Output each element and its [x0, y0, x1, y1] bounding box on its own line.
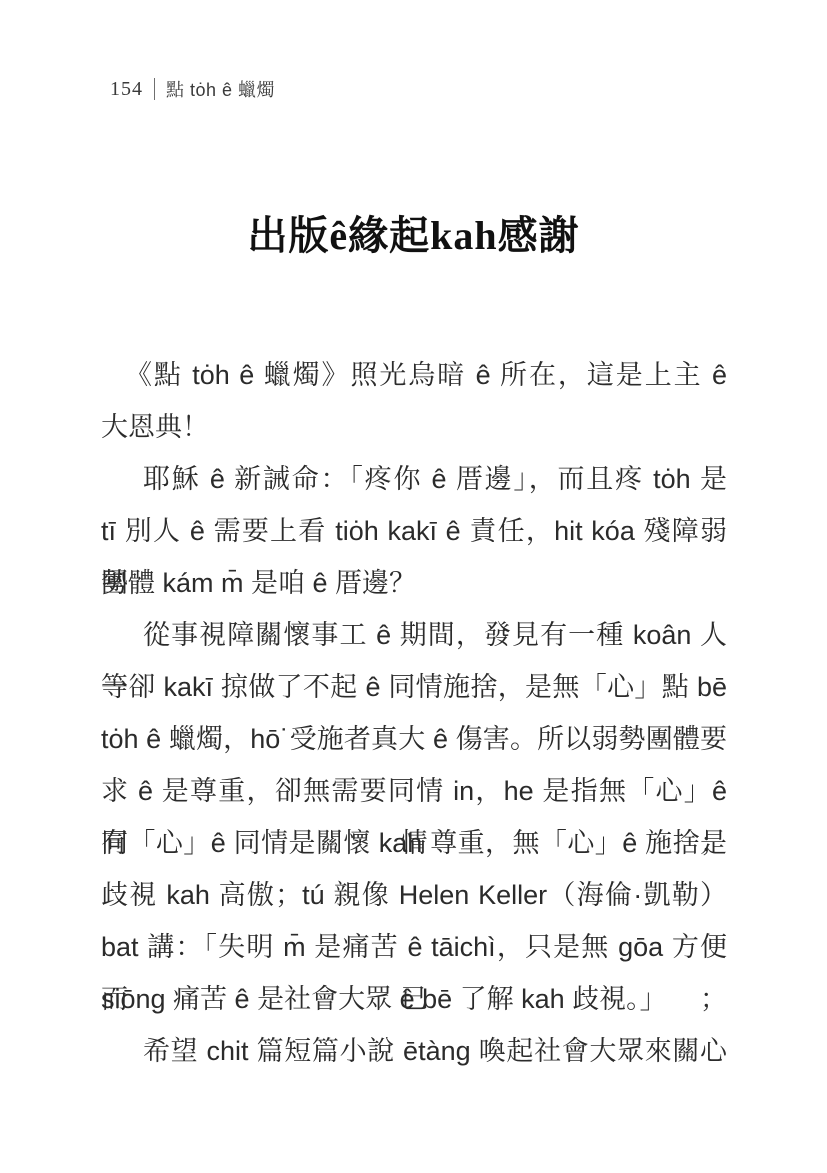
text-line: 《點 tȯh ê 蠟燭》照光烏暗 ê 所在，這是上主 ê [101, 349, 727, 401]
text-line: 有「心」ê 同情是關懷 kah 尊重，無「心」ê 施捨是 [101, 817, 727, 869]
text-line: 希望 chit 篇短篇小說 ētàng 喚起社會大眾來關心 [101, 1025, 727, 1077]
text-line: siōng 痛苦 ê 是社會大眾 ê bē 了解 kah 歧視。」 [101, 973, 727, 1025]
chapter-title: 出版ê緣起kah感謝 [0, 210, 827, 262]
text-line: 求 ê 是尊重，卻無需要同情 in，he 是指無「心」ê 同情； [101, 765, 727, 817]
page-header: 154 點 tȯh ê 蠟燭 [110, 76, 275, 102]
text-line: 大恩典！ [101, 401, 727, 453]
text-line: 從事視障關懷事工 ê 期間，發見有一種 koân 人一 [101, 609, 727, 661]
text-line: 歧視 kah 高傲；tú 親像 Helen Keller（海倫·凱勒） [101, 869, 727, 921]
text-line: 耶穌 ê 新誡命：「疼你 ê 厝邊」，而且疼 tȯh 是 [101, 453, 727, 505]
text-line: 團體 kám m̄ 是咱 ê 厝邊？ [101, 557, 727, 609]
body-text: 《點 tȯh ê 蠟燭》照光烏暗 ê 所在，這是上主 ê 大恩典！ 耶穌 ê 新… [101, 349, 727, 1077]
text-line: tī 別人 ê 需要上看 tiȯh kakī ê 責任，hit kóa 殘障弱勢 [101, 505, 727, 557]
text-line: 等卻 kakī 掠做了不起 ê 同情施捨，是無「心」點 bē [101, 661, 727, 713]
header-divider [154, 78, 155, 100]
running-title: 點 tȯh ê 蠟燭 [166, 76, 275, 102]
text-line: bat 講：「失明 m̄ 是痛苦 ê tāichì，只是無 gōa 方便而已； [101, 921, 727, 973]
text-line: tȯh ê 蠟燭，hō˙受施者真大 ê 傷害。所以弱勢團體要 [101, 713, 727, 765]
book-page: 154 點 tȯh ê 蠟燭 出版ê緣起kah感謝 《點 tȯh ê 蠟燭》照光… [0, 0, 827, 1173]
page-number: 154 [110, 78, 143, 101]
